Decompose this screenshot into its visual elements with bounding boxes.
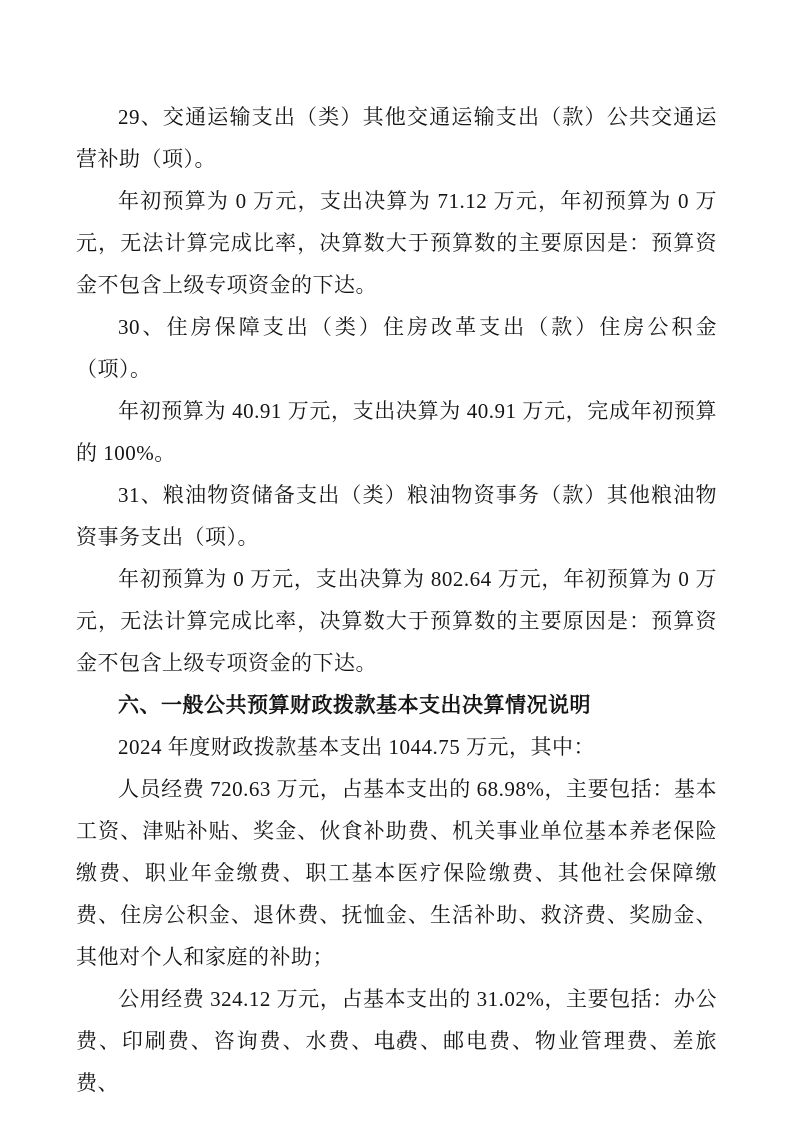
- paragraph-item-29-detail: 年初预算为 0 万元，支出决算为 71.12 万元，年初预算为 0 万元，无法计…: [76, 180, 717, 306]
- paragraph-personnel-exp: 人员经费 720.63 万元，占基本支出的 68.98%，主要包括：基本工资、津…: [76, 768, 717, 978]
- paragraph-item-29: 29、交通运输支出（类）其他交通运输支出（款）公共交通运营补助（项）。: [76, 96, 717, 180]
- paragraph-basic-exp-total: 2024 年度财政拨款基本支出 1044.75 万元，其中：: [76, 726, 717, 768]
- section-heading-six: 六、一般公共预算财政拨款基本支出决算情况说明: [76, 684, 717, 726]
- paragraph-item-31-detail: 年初预算为 0 万元，支出决算为 802.64 万元，年初预算为 0 万元，无法…: [76, 558, 717, 684]
- document-page: 29、交通运输支出（类）其他交通运输支出（款）公共交通运营补助（项）。 年初预算…: [0, 0, 793, 1122]
- document-body: 29、交通运输支出（类）其他交通运输支出（款）公共交通运营补助（项）。 年初预算…: [76, 96, 717, 1104]
- paragraph-item-30-detail: 年初预算为 40.91 万元，支出决算为 40.91 万元，完成年初预算的 10…: [76, 390, 717, 474]
- paragraph-item-31: 31、粮油物资储备支出（类）粮油物资事务（款）其他粮油物资事务支出（项）。: [76, 474, 717, 558]
- page-number: - 18 -: [0, 1036, 793, 1053]
- paragraph-item-30: 30、住房保障支出（类）住房改革支出（款）住房公积金（项）。: [76, 306, 717, 390]
